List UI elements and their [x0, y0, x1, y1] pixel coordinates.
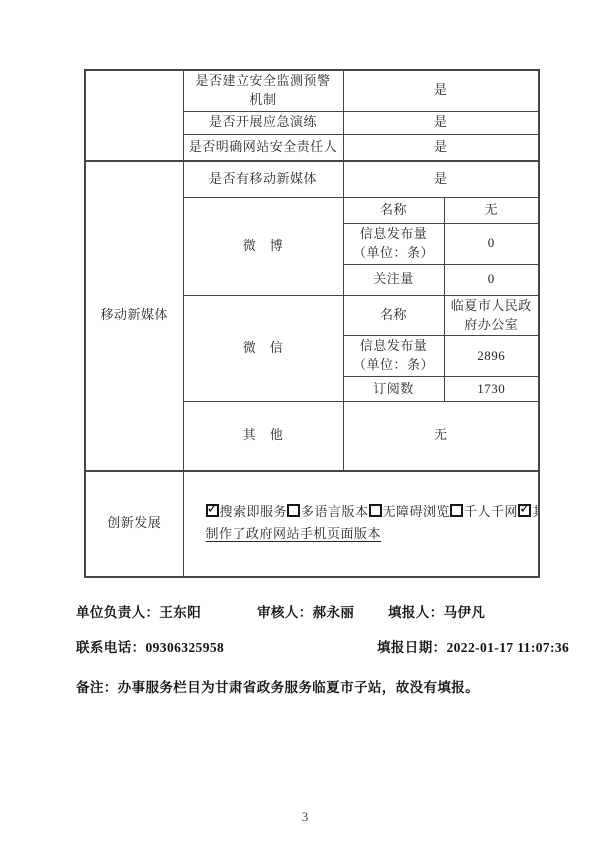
reviewer-name: 郝永丽: [313, 605, 355, 620]
field-label: 名称: [343, 197, 444, 223]
innovation-options: 搜索即服务多语言版本无障碍浏览千人千网其他: [206, 503, 537, 522]
phone-value: 09306325958: [146, 640, 225, 655]
report-date: 填报日期：2022-01-17 11:07:36: [377, 636, 569, 656]
checkbox-icon: [369, 504, 382, 517]
phone-label: 联系电话：: [76, 640, 146, 655]
checkbox-icon: [206, 504, 219, 517]
weibo-label: 微 博: [183, 197, 343, 295]
wechat-label: 微 信: [183, 295, 343, 401]
option-label: 千人千网: [464, 504, 518, 519]
other-media-value: 无: [343, 402, 539, 471]
field-label: 信息发布量 （单位：条）: [343, 336, 444, 377]
table-row: 创新发展 搜索即服务多语言版本无障碍浏览千人千网其他 制作了政府网站手机页面版本: [85, 471, 539, 577]
option-label: 搜索即服务: [220, 504, 288, 519]
question-value: 是: [343, 70, 539, 111]
field-value: 1730: [444, 377, 539, 402]
innovation-other-note: 制作了政府网站手机页面版本: [206, 525, 537, 544]
remark-label: 备注：: [76, 680, 118, 695]
option-label: 无障碍浏览: [383, 504, 451, 519]
field-label: 名称: [343, 295, 444, 336]
question-label: 是否明确网站安全责任人: [183, 134, 343, 161]
innovation-cell: 搜索即服务多语言版本无障碍浏览千人千网其他 制作了政府网站手机页面版本: [183, 471, 539, 577]
date-value: 2022-01-17 11:07:36: [447, 640, 570, 655]
section-label-innovation: 创新发展: [85, 471, 183, 577]
remark-text: 办事服务栏目为甘肃省政务服务临夏市子站，故没有填报。: [118, 680, 479, 695]
reviewer-label: 审核人：: [257, 605, 313, 620]
field-value: 无: [444, 197, 539, 223]
question-label: 是否建立安全监测预警 机制: [183, 70, 343, 111]
checkbox-icon: [450, 504, 463, 517]
filler-name: 马伊凡: [444, 605, 486, 620]
filler-label: 填报人：: [388, 605, 444, 620]
question-value: 是: [343, 134, 539, 161]
contact-phone: 联系电话：09306325958: [76, 636, 224, 656]
field-label: 订阅数: [343, 377, 444, 402]
remark: 备注：办事服务栏目为甘肃省政务服务临夏市子站，故没有填报。: [76, 676, 479, 696]
unit-head-name: 王东阳: [159, 605, 201, 620]
option-label: 多语言版本: [301, 504, 369, 519]
section-cell-empty: [85, 70, 183, 161]
question-label: 是否开展应急演练: [183, 111, 343, 134]
field-value: 0: [444, 223, 539, 264]
option-label: 其他: [532, 504, 539, 519]
reviewer: 审核人：郝永丽: [257, 601, 354, 621]
other-media-label: 其 他: [183, 402, 343, 471]
unit-head-label: 单位负责人：: [76, 605, 159, 620]
checkbox-icon: [518, 504, 531, 517]
field-value: 0: [444, 264, 539, 295]
annual-report-table: 是否建立安全监测预警 机制 是 是否开展应急演练 是 是否明确网站安全责任人 是…: [84, 69, 540, 578]
question-label: 是否有移动新媒体: [183, 161, 343, 197]
report-page: 是否建立安全监测预警 机制 是 是否开展应急演练 是 是否明确网站安全责任人 是…: [0, 0, 610, 862]
filler: 填报人：马伊凡: [388, 601, 485, 621]
table-row: 是否建立安全监测预警 机制 是: [85, 70, 539, 111]
section-label-mobile-media: 移动新媒体: [85, 161, 183, 470]
question-value: 是: [343, 111, 539, 134]
table-row: 移动新媒体 是否有移动新媒体 是: [85, 161, 539, 197]
field-value: 2896: [444, 336, 539, 377]
field-value: 临夏市人民政 府办公室: [444, 295, 539, 336]
checkbox-icon: [287, 504, 300, 517]
page-number: 3: [0, 809, 610, 825]
unit-head: 单位负责人：王东阳: [76, 601, 201, 621]
question-value: 是: [343, 161, 539, 197]
date-label: 填报日期：: [377, 640, 447, 655]
field-label: 信息发布量 （单位：条）: [343, 223, 444, 264]
field-label: 关注量: [343, 264, 444, 295]
